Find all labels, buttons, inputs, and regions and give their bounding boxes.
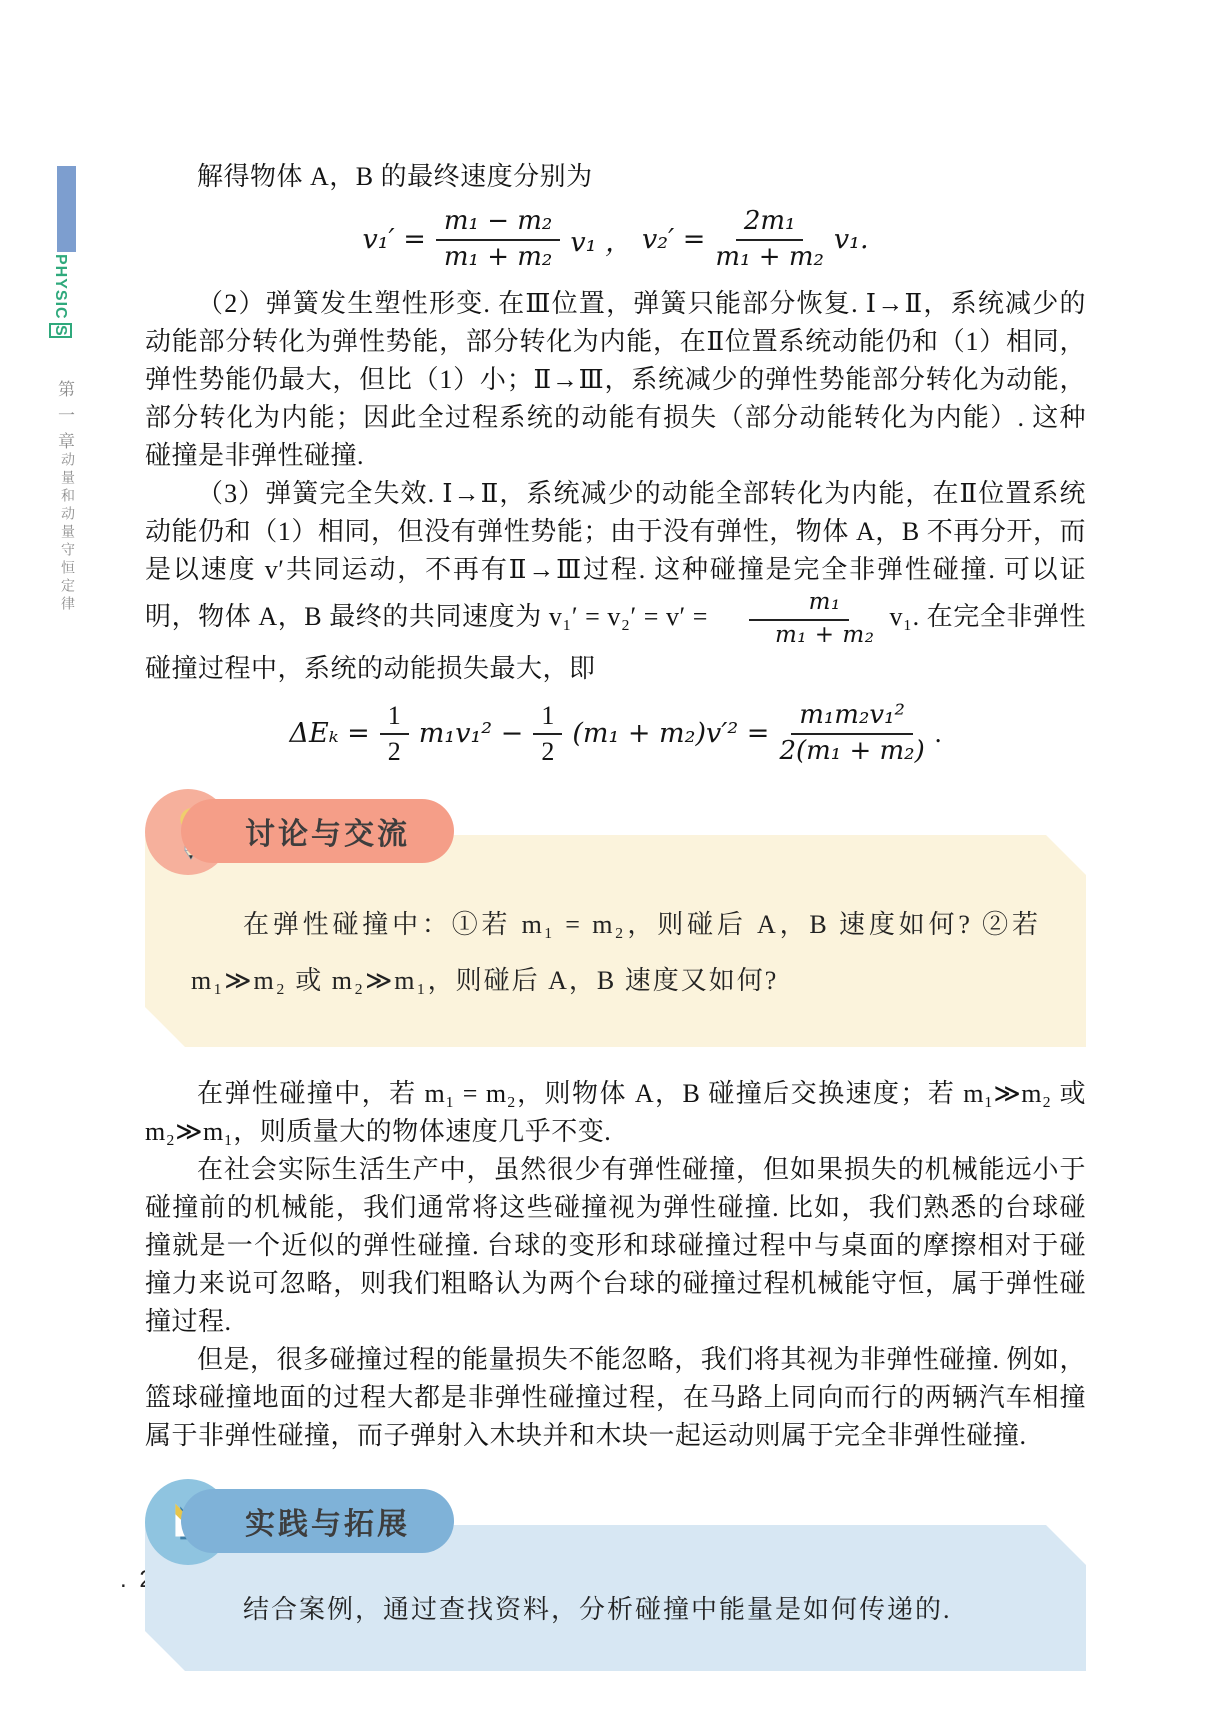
paragraph-billiards: 在社会实际生活生产中，虽然很少有弹性碰撞，但如果损失的机械能远小于碰撞前的机械能… [145,1151,1086,1341]
formula1-mid: v₁ ， [570,220,632,259]
paragraph-plastic-deformation: （2）弹簧发生塑性形变. 在Ⅲ位置，弹簧只能部分恢复. Ⅰ→Ⅱ，系统减少的动能部… [145,285,1086,475]
formula2-tail: . [935,718,942,749]
chapter-title: 动量和动量守恒定律 [56,452,76,614]
sidebar-blue-bar [57,166,76,252]
formula2-half1: 1 2 [380,700,409,767]
textbook-page: PHYSICS 第一章 动量和动量守恒定律 解得物体 A，B 的最终速度分别为 … [0,0,1224,1717]
formula1-fraction1: m₁ − m₂ m₁ + m₂ [436,206,560,273]
formula2-seg2: (m₁ + m₂)v′² = [572,718,769,749]
formula2-half2: 1 2 [533,700,562,767]
practice-header: 实践与拓展 [145,1483,1086,1561]
discussion-section: 讨论与交流 在弹性碰撞中：①若 m₁ = m₂，则碰后 A，B 速度如何? ②若… [145,793,1086,1047]
chapter-number: 第一章 [52,380,77,458]
practice-section: 实践与拓展 结合案例，通过查找资料，分析碰撞中能量是如何传递的. [145,1483,1086,1671]
practice-body: 结合案例，通过查找资料，分析碰撞中能量是如何传递的. [191,1589,1040,1631]
formula1-lhs1: v₁′ = [362,224,425,255]
formula2-fraction3: m₁m₂v₁² 2(m₁ + m₂) [779,700,924,767]
paragraph-inelastic-examples: 但是，很多碰撞过程的能量损失不能忽略，我们将其视为非弹性碰撞. 例如，篮球碰撞地… [145,1341,1086,1455]
energy-loss-formula: ΔEₖ = 1 2 m₁v₁² − 1 2 (m₁ + m₂)v′² = m₁m… [145,700,1086,767]
physics-label-text: PHYSIC [52,254,69,320]
discussion-body: 在弹性碰撞中：①若 m₁ = m₂，则碰后 A，B 速度如何? ②若 m₁≫m₂… [191,897,1040,1009]
discussion-title: 讨论与交流 [181,799,454,863]
practice-title: 实践与拓展 [181,1489,454,1553]
physics-boxed-letter: S [49,323,72,339]
formula1-tail: v₁. [834,224,869,255]
formula1-fraction2: 2m₁ m₁ + m₂ [715,206,823,273]
main-content: 解得物体 A，B 的最终速度分别为 v₁′ = m₁ − m₂ m₁ + m₂ … [145,158,1086,1671]
formula2-seg1: m₁v₁² − [419,718,524,749]
physics-vertical-label: PHYSICS [51,254,69,338]
formula2-lhs: ΔEₖ = [290,718,370,749]
paragraph-exchange-speed: 在弹性碰撞中，若 m₁ = m₂，则物体 A，B 碰撞后交换速度；若 m₁≫m₂… [145,1075,1086,1151]
formula1-lhs2: v₂′ = [642,224,705,255]
intro-line: 解得物体 A，B 的最终速度分别为 [145,158,1086,196]
discussion-header: 讨论与交流 [145,793,1086,871]
velocity-formula: v₁′ = m₁ − m₂ m₁ + m₂ v₁ ， v₂′ = 2m₁ m₁ … [145,206,1086,273]
paragraph3-inline-fraction: m₁ m₁ + m₂ [723,589,874,649]
paragraph-spring-failure: （3）弹簧完全失效. Ⅰ→Ⅱ，系统减少的动能全部转化为内能，在Ⅱ位置系统动能仍和… [145,475,1086,687]
